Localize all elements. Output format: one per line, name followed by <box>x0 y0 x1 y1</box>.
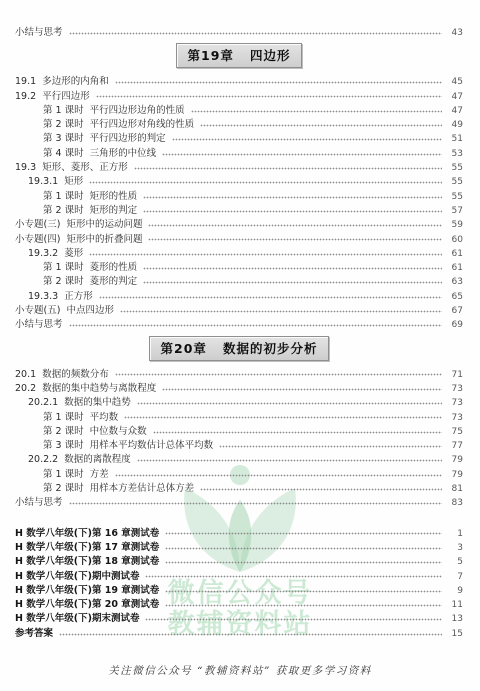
toc-entry-title: 小专题(四) 矩形中的折叠问题 <box>15 233 142 247</box>
dot-leader <box>143 209 442 214</box>
page-number: 13 <box>447 612 463 626</box>
dot-leader <box>148 237 442 242</box>
dot-leader <box>137 401 442 406</box>
dot-leader <box>89 180 442 185</box>
toc-entry: H 数学八年级(下)第 17 章测试卷3 <box>15 541 463 555</box>
toc-entry-title: H 数学八年级(下)第 18 章测试卷 <box>15 555 159 569</box>
page-number: 49 <box>447 118 463 132</box>
toc-entry-title: 20.2 数据的集中趋势与离散程度 <box>15 382 156 396</box>
toc-entry-title: H 数学八年级(下)第 20 章测试卷 <box>15 598 159 612</box>
toc-entry: 第 4 课时 三角形的中位线53 <box>15 147 463 161</box>
dot-leader <box>153 429 442 434</box>
toc-entry: 小结与思考83 <box>15 496 463 510</box>
page-number: 60 <box>447 233 463 247</box>
dot-leader <box>89 252 442 257</box>
dot-leader <box>165 531 442 536</box>
dot-leader <box>219 444 442 449</box>
toc-entry: 参考答案15 <box>15 627 463 641</box>
page-number: 51 <box>447 132 463 146</box>
toc-entry-title: H 数学八年级(下)期末测试卷 <box>15 612 139 626</box>
dot-leader <box>96 94 442 99</box>
page-number: 77 <box>447 439 463 453</box>
toc-entry-title: 第 3 课时 用样本平均数估计总体平均数 <box>43 439 213 453</box>
page-number: 67 <box>447 304 463 318</box>
toc-entry: 第 1 课时 矩形的性质55 <box>15 190 463 204</box>
dot-leader <box>59 631 442 636</box>
dot-leader <box>69 501 442 506</box>
toc-entry-title: 19.3.2 菱形 <box>28 247 83 261</box>
toc-entry: 第 1 课时 方差79 <box>15 468 463 482</box>
toc-entry: H 数学八年级(下)期中测试卷7 <box>15 570 463 584</box>
toc-entry-title: 第 2 课时 用样本方差估计总体方差 <box>43 482 194 496</box>
dot-leader <box>200 487 442 492</box>
toc-entry: H 数学八年级(下)第 20 章测试卷11 <box>15 598 463 612</box>
page-number: 55 <box>447 190 463 204</box>
toc-entry: 第 3 课时 用样本平均数估计总体平均数77 <box>15 439 463 453</box>
toc-entry-title: 第 2 课时 中位数与众数 <box>43 425 147 439</box>
page-number: 71 <box>447 368 463 382</box>
toc-entry: 第 3 课时 平行四边形的判定51 <box>15 132 463 146</box>
page-number: 61 <box>447 261 463 275</box>
page-number: 43 <box>447 26 463 40</box>
toc-entry-title: 第 1 课时 矩形的性质 <box>43 190 137 204</box>
dot-leader <box>124 415 442 420</box>
toc-entry: 19.3.2 菱形61 <box>15 247 463 261</box>
toc-entry-title: 19.3 矩形、菱形、正方形 <box>15 161 128 175</box>
dot-leader <box>191 109 442 114</box>
page-number: 79 <box>447 453 463 467</box>
toc-entry-title: 19.3.3 正方形 <box>28 290 93 304</box>
page-number: 53 <box>447 147 463 161</box>
toc-entry-title: 小专题(三) 矩形中的运动问题 <box>15 218 142 232</box>
dot-leader <box>143 280 442 285</box>
page-number: 55 <box>447 161 463 175</box>
page-number: 11 <box>447 598 463 612</box>
toc-entry-title: H 数学八年级(下)第 17 章测试卷 <box>15 541 159 555</box>
toc-entry: H 数学八年级(下)第 19 章测试卷9 <box>15 584 463 598</box>
page-number: 73 <box>447 382 463 396</box>
page-number: 81 <box>447 482 463 496</box>
toc-entry-title: 第 2 课时 菱形的判定 <box>43 275 137 289</box>
chapter-number: 第19章 <box>188 48 234 63</box>
page-number: 7 <box>447 570 463 584</box>
dot-leader <box>162 387 442 392</box>
page-number: 47 <box>447 90 463 104</box>
toc-entry-title: 小结与思考 <box>15 26 63 40</box>
toc-entry: 19.3.1 矩形55 <box>15 175 463 189</box>
table-of-contents: 小结与思考43第19章四边形19.1 多边形的内角和4519.2 平行四边形47… <box>15 26 463 641</box>
toc-entry: H 数学八年级(下)期末测试卷13 <box>15 612 463 626</box>
page-number: 55 <box>447 175 463 189</box>
page-number: 61 <box>447 247 463 261</box>
page-number: 73 <box>447 411 463 425</box>
toc-entry: H 数学八年级(下)第 18 章测试卷5 <box>15 555 463 569</box>
page-number: 3 <box>447 541 463 555</box>
toc-entry: 小结与思考69 <box>15 318 463 332</box>
toc-entry-title: 第 4 课时 三角形的中位线 <box>43 147 156 161</box>
footer-note: 关注微信公众号 “教辅资料站” 获取更多学习资料 <box>0 663 480 678</box>
dot-leader <box>99 294 442 299</box>
toc-entry-title: 第 1 课时 平均数 <box>43 411 118 425</box>
chapter-heading: 第19章四边形 <box>15 43 463 68</box>
toc-entry: 20.2.2 数据的离散程度79 <box>15 453 463 467</box>
toc-entry-title: H 数学八年级(下)第 19 章测试卷 <box>15 584 159 598</box>
toc-entry-title: 19.2 平行四边形 <box>15 90 90 104</box>
chapter-title-box: 第20章数据的初步分析 <box>149 336 330 361</box>
toc-entry: 19.2 平行四边形47 <box>15 90 463 104</box>
toc-entry: 第 1 课时 菱形的性质61 <box>15 261 463 275</box>
page-number: 75 <box>447 425 463 439</box>
dot-leader <box>165 546 442 551</box>
dot-leader <box>69 31 442 36</box>
dot-leader <box>172 137 442 142</box>
dot-leader <box>120 309 442 314</box>
toc-entry: 19.1 多边形的内角和45 <box>15 75 463 89</box>
chapter-title-box: 第19章四边形 <box>176 43 303 68</box>
page-number: 9 <box>447 584 463 598</box>
toc-entry: 小专题(三) 矩形中的运动问题59 <box>15 218 463 232</box>
toc-entry-title: 20.2.1 数据的集中趋势 <box>28 396 131 410</box>
dot-leader <box>143 266 442 271</box>
toc-entry: 第 2 课时 矩形的判定57 <box>15 204 463 218</box>
toc-entry: 第 1 课时 平行四边形边角的性质47 <box>15 104 463 118</box>
page-number: 69 <box>447 318 463 332</box>
page-number: 15 <box>447 627 463 641</box>
toc-entry-title: 第 1 课时 菱形的性质 <box>43 261 137 275</box>
toc-entry-title: 小专题(五) 中点四边形 <box>15 304 114 318</box>
dot-leader <box>134 166 442 171</box>
dot-leader <box>143 194 442 199</box>
toc-entry: 20.2 数据的集中趋势与离散程度73 <box>15 382 463 396</box>
toc-entry: H 数学八年级(下)第 16 章测试卷1 <box>15 527 463 541</box>
page-number: 83 <box>447 496 463 510</box>
dot-leader <box>148 223 442 228</box>
page-number: 45 <box>447 75 463 89</box>
toc-entry-title: 第 2 课时 矩形的判定 <box>43 204 137 218</box>
dot-leader <box>145 617 442 622</box>
page-number: 1 <box>447 527 463 541</box>
page-number: 73 <box>447 396 463 410</box>
toc-entry: 19.3.3 正方形65 <box>15 290 463 304</box>
dot-leader <box>69 323 442 328</box>
dot-leader <box>115 80 442 85</box>
section-spacer <box>15 511 463 527</box>
dot-leader <box>165 603 442 608</box>
page-number: 5 <box>447 555 463 569</box>
toc-entry-title: 19.1 多边形的内角和 <box>15 75 109 89</box>
chapter-heading: 第20章数据的初步分析 <box>15 336 463 361</box>
dot-leader <box>145 574 442 579</box>
dot-leader <box>115 372 442 377</box>
toc-entry-title: 小结与思考 <box>15 318 63 332</box>
page-number: 65 <box>447 290 463 304</box>
page-number: 59 <box>447 218 463 232</box>
toc-entry: 第 2 课时 菱形的判定63 <box>15 275 463 289</box>
toc-entry-title: H 数学八年级(下)期中测试卷 <box>15 570 139 584</box>
dot-leader <box>115 472 442 477</box>
toc-entry-title: 参考答案 <box>15 627 53 641</box>
page-number: 47 <box>447 104 463 118</box>
toc-entry-title: 20.1 数据的频数分布 <box>15 368 109 382</box>
toc-entry: 小专题(四) 矩形中的折叠问题60 <box>15 233 463 247</box>
chapter-number: 第20章 <box>161 341 207 356</box>
toc-entry: 第 2 课时 平行四边形对角线的性质49 <box>15 118 463 132</box>
toc-entry: 小专题(五) 中点四边形67 <box>15 304 463 318</box>
toc-entry-title: 20.2.2 数据的离散程度 <box>28 453 131 467</box>
toc-entry: 第 2 课时 用样本方差估计总体方差81 <box>15 482 463 496</box>
page-number: 57 <box>447 204 463 218</box>
toc-entry: 20.1 数据的频数分布71 <box>15 368 463 382</box>
toc-entry-title: 小结与思考 <box>15 496 63 510</box>
dot-leader <box>162 151 442 156</box>
chapter-title: 四边形 <box>250 48 291 63</box>
page-number: 63 <box>447 275 463 289</box>
toc-entry: 第 1 课时 平均数73 <box>15 411 463 425</box>
dot-leader <box>137 458 442 463</box>
toc-entry: 小结与思考43 <box>15 26 463 40</box>
toc-entry: 20.2.1 数据的集中趋势73 <box>15 396 463 410</box>
dot-leader <box>200 123 442 128</box>
toc-entry-title: 第 1 课时 平行四边形边角的性质 <box>43 104 185 118</box>
toc-entry-title: 19.3.1 矩形 <box>28 175 83 189</box>
toc-entry: 19.3 矩形、菱形、正方形55 <box>15 161 463 175</box>
dot-leader <box>165 588 442 593</box>
toc-entry-title: H 数学八年级(下)第 16 章测试卷 <box>15 527 159 541</box>
page-number: 79 <box>447 468 463 482</box>
chapter-title: 数据的初步分析 <box>223 341 318 356</box>
toc-entry-title: 第 3 课时 平行四边形的判定 <box>43 132 166 146</box>
toc-entry-title: 第 1 课时 方差 <box>43 468 109 482</box>
toc-entry: 第 2 课时 中位数与众数75 <box>15 425 463 439</box>
toc-entry-title: 第 2 课时 平行四边形对角线的性质 <box>43 118 194 132</box>
dot-leader <box>165 560 442 565</box>
